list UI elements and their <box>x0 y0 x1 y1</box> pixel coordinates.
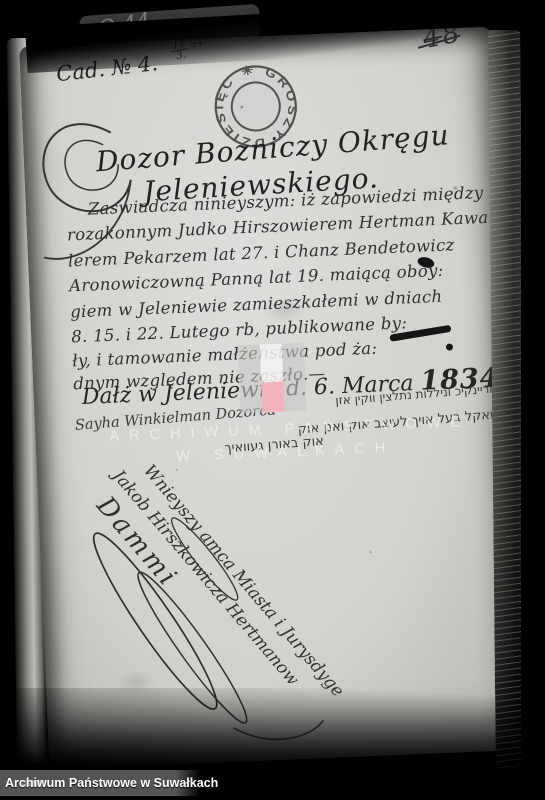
watermark-square-pink <box>261 382 284 413</box>
fraction-side-number: 34. <box>189 36 207 49</box>
manuscript-page: Cad. № 4. 113.34. 48 ✳ GROSZY DZIESIĘC D… <box>19 26 527 769</box>
watermark-square-gray-left <box>238 345 263 414</box>
ghost-writing: O 44 <box>96 9 153 43</box>
archive-caption-bar: Archiwum Państwowe w Suwałkach <box>0 770 200 796</box>
signature-flourish <box>74 492 335 762</box>
archival-scan-photo: O 44 Cad. № 4. 113.34. 48 ✳ GROSZY DZIES… <box>0 0 545 800</box>
fraction-note: 113.34. <box>169 38 190 62</box>
watermark-square-white <box>260 344 284 383</box>
cad-number-note: Cad. № 4. <box>55 51 159 86</box>
watermark-square-gray-right <box>282 343 307 412</box>
archive-caption-text: Archiwum Państwowe w Suwałkach <box>5 776 218 790</box>
fraction-denominator: 3. <box>175 49 187 63</box>
ink-dot <box>446 343 453 350</box>
archive-watermark-logo <box>238 343 307 414</box>
background-right <box>521 0 545 800</box>
